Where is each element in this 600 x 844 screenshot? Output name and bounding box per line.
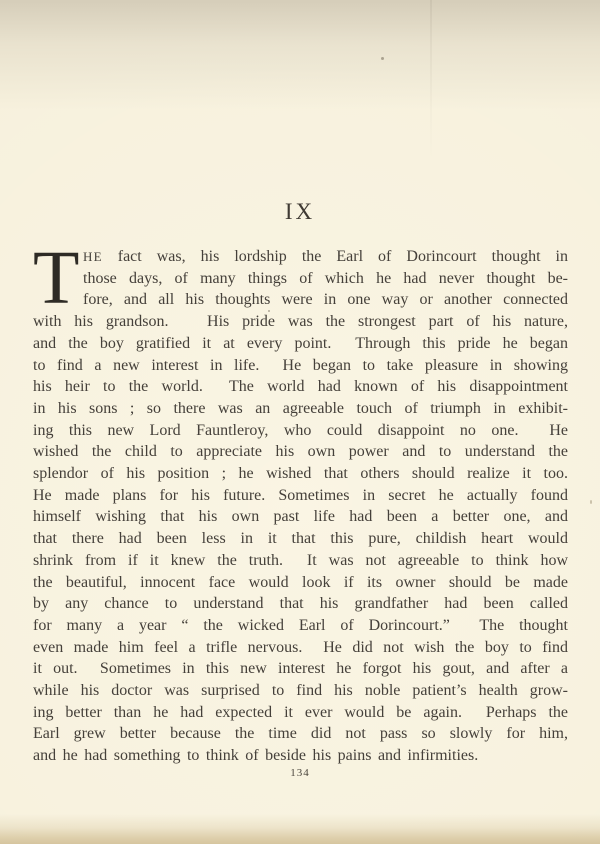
scan-shading-bottom bbox=[0, 814, 600, 844]
page-number: 134 bbox=[0, 767, 600, 779]
book-page-scan: IX T HE fact was, his lordship the Earl … bbox=[0, 0, 600, 844]
text-line: ing better than he had expected it ever … bbox=[33, 702, 568, 724]
lead-in-small-caps: HE bbox=[83, 249, 103, 264]
opening-block: T HE fact was, his lordship the Earl of … bbox=[33, 246, 568, 311]
text-line: while his doctor was surprised to find h… bbox=[33, 680, 568, 702]
paper-speck bbox=[381, 57, 384, 60]
body-paragraph: T HE fact was, his lordship the Earl of … bbox=[33, 246, 568, 767]
text-line: He made plans for his future. Sometimes … bbox=[33, 485, 568, 507]
text-line: for many a year “ the wicked Earl of Dor… bbox=[33, 615, 568, 637]
text-line: the beautiful, innocent face would look … bbox=[33, 572, 568, 594]
text-line: in his sons ; so there was an agreeable … bbox=[33, 398, 568, 420]
text-line: those days, of many things of which he h… bbox=[83, 268, 568, 290]
text-line: that there had been less in it that this… bbox=[33, 528, 568, 550]
text-line: splendor of his position ; he wished tha… bbox=[33, 463, 568, 485]
text-line: HE fact was, his lordship the Earl of Do… bbox=[83, 246, 568, 268]
text-line: by any chance to understand that his gra… bbox=[33, 593, 568, 615]
opening-lines: HE fact was, his lordship the Earl of Do… bbox=[83, 246, 568, 311]
text-line: and he had something to think of beside … bbox=[33, 745, 568, 767]
text-line: with his grandson. His pride was the str… bbox=[33, 311, 568, 333]
text-line-rest: fact was, his lordship the Earl of Dorin… bbox=[103, 248, 568, 265]
text-line: Earl grew better because the time did no… bbox=[33, 723, 568, 745]
text-line: his heir to the world. The world had kno… bbox=[33, 376, 568, 398]
text-line: even made him feel a trifle nervous. He … bbox=[33, 637, 568, 659]
drop-cap: T bbox=[33, 249, 83, 311]
text-line: shrink from if it knew the truth. It was… bbox=[33, 550, 568, 572]
text-line: and the boy gratified it at every point.… bbox=[33, 333, 568, 355]
text-line: wished the child to appreciate his own p… bbox=[33, 441, 568, 463]
text-line: to find a new interest in life. He began… bbox=[33, 355, 568, 377]
paper-speck bbox=[590, 500, 592, 504]
text-line: it out. Sometimes in this new interest h… bbox=[33, 658, 568, 680]
chapter-heading: IX bbox=[0, 199, 600, 225]
scan-shading-top bbox=[0, 0, 600, 110]
text-line: fore, and all his thoughts were in one w… bbox=[83, 289, 568, 311]
text-line: himself wishing that his own past life h… bbox=[33, 506, 568, 528]
text-line: ing this new Lord Fauntleroy, who could … bbox=[33, 420, 568, 442]
scan-streak bbox=[430, 0, 432, 160]
